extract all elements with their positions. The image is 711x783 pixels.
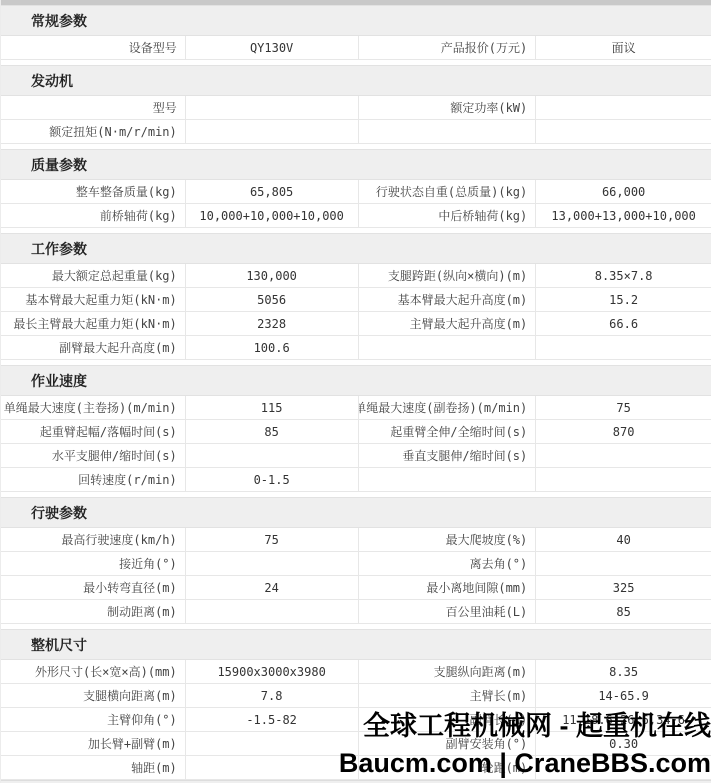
- section-title: 发动机: [1, 65, 711, 96]
- param-value: 870: [536, 420, 711, 443]
- param-value: 8.35×7.8: [536, 264, 711, 287]
- param-value: 85: [186, 420, 359, 443]
- param-value: [186, 96, 359, 119]
- param-value: 5056: [186, 288, 359, 311]
- section-title: 整机尺寸: [1, 629, 711, 660]
- param-label: 支腿纵向距离(m): [359, 660, 537, 683]
- param-label: [359, 120, 537, 143]
- section: 常规参数设备型号QY130V产品报价(万元)面议: [1, 5, 711, 60]
- table-row: 制动距离(m)百公里油耗(L)85: [1, 600, 711, 624]
- param-value: [186, 120, 359, 143]
- param-value: 75: [536, 396, 711, 419]
- param-label: 行驶状态自重(总质量)(kg): [359, 180, 537, 203]
- param-value: [536, 336, 711, 359]
- table-row: 基本臂最大起重力矩(kN·m)5056基本臂最大起升高度(m)15.2: [1, 288, 711, 312]
- param-value: 面议: [536, 36, 711, 59]
- param-label: 最大爬坡度(%): [359, 528, 537, 551]
- param-label: 支腿跨距(纵向×横向)(m): [359, 264, 537, 287]
- param-value: 115: [186, 396, 359, 419]
- param-value: 85: [536, 600, 711, 623]
- table-row: 型号额定功率(kW): [1, 96, 711, 120]
- param-label: 额定功率(kW): [359, 96, 537, 119]
- spec-table: 常规参数设备型号QY130V产品报价(万元)面议发动机型号额定功率(kW)额定扭…: [0, 0, 711, 783]
- table-row: 支腿横向距离(m)7.8主臂长(m)14-65.9: [1, 684, 711, 708]
- param-value: 0-1.5: [186, 468, 359, 491]
- table-row: 最高行驶速度(km/h)75最大爬坡度(%)40: [1, 528, 711, 552]
- table-row: 水平支腿伸/缩时间(s)垂直支腿伸/缩时间(s): [1, 444, 711, 468]
- param-label: 加长臂+副臂(m): [1, 732, 186, 755]
- param-value: 15.2: [536, 288, 711, 311]
- param-label: 制动距离(m): [1, 600, 186, 623]
- param-label: 轴距(m): [1, 756, 186, 779]
- param-value: 8.35: [536, 660, 711, 683]
- param-label: 起重臂起幅/落幅时间(s): [1, 420, 186, 443]
- param-label: 外形尺寸(长×宽×高)(mm): [1, 660, 186, 683]
- param-value: -1.5-82: [186, 708, 359, 731]
- param-label: 产品报价(万元): [359, 36, 537, 59]
- param-value: QY130V: [186, 36, 359, 59]
- param-value: [536, 96, 711, 119]
- param-label: 副臂安装角(°): [359, 732, 537, 755]
- param-value: [186, 444, 359, 467]
- param-value: 11,18.6,26.6,34.6: [536, 708, 711, 731]
- param-label: 百公里油耗(L): [359, 600, 537, 623]
- section-title: 行驶参数: [1, 497, 711, 528]
- param-label: 整车整备质量(kg): [1, 180, 186, 203]
- table-row: 加长臂+副臂(m)副臂安装角(°)0.30: [1, 732, 711, 756]
- param-value: 66,000: [536, 180, 711, 203]
- param-label: 副臂长(m): [359, 708, 537, 731]
- param-value: 15900x3000x3980: [186, 660, 359, 683]
- section-title: 工作参数: [1, 233, 711, 264]
- param-label: 垂直支腿伸/缩时间(s): [359, 444, 537, 467]
- table-row: 前桥轴荷(kg)10,000+10,000+10,000中后桥轴荷(kg)13,…: [1, 204, 711, 228]
- param-label: 轮距(m): [359, 756, 537, 779]
- param-label: 基本臂最大起升高度(m): [359, 288, 537, 311]
- param-label: 支腿横向距离(m): [1, 684, 186, 707]
- section-title: 常规参数: [1, 5, 711, 36]
- param-value: 10,000+10,000+10,000: [186, 204, 359, 227]
- param-label: 接近角(°): [1, 552, 186, 575]
- param-label: 主臂长(m): [359, 684, 537, 707]
- section: 质量参数整车整备质量(kg)65,805行驶状态自重(总质量)(kg)66,00…: [1, 149, 711, 228]
- param-value: 65,805: [186, 180, 359, 203]
- param-label: 单绳最大速度(副卷扬)(m/min): [359, 396, 537, 419]
- param-value: [186, 600, 359, 623]
- table-row: 主臂仰角(°)-1.5-82副臂长(m)11,18.6,26.6,34.6: [1, 708, 711, 732]
- param-label: 水平支腿伸/缩时间(s): [1, 444, 186, 467]
- param-value: [536, 552, 711, 575]
- spec-sections: 常规参数设备型号QY130V产品报价(万元)面议发动机型号额定功率(kW)额定扭…: [1, 5, 711, 780]
- param-label: 前桥轴荷(kg): [1, 204, 186, 227]
- param-label: 最大额定总起重量(kg): [1, 264, 186, 287]
- table-row: 单绳最大速度(主卷扬)(m/min)115单绳最大速度(副卷扬)(m/min)7…: [1, 396, 711, 420]
- section: 作业速度单绳最大速度(主卷扬)(m/min)115单绳最大速度(副卷扬)(m/m…: [1, 365, 711, 492]
- param-label: 副臂最大起升高度(m): [1, 336, 186, 359]
- param-label: 主臂仰角(°): [1, 708, 186, 731]
- param-value: 2328: [186, 312, 359, 335]
- param-label: 型号: [1, 96, 186, 119]
- param-label: 额定扭矩(N·m/r/min): [1, 120, 186, 143]
- param-label: 最长主臂最大起重力矩(kN·m): [1, 312, 186, 335]
- param-label: [359, 468, 537, 491]
- table-row: 轴距(m)轮距(m): [1, 756, 711, 780]
- param-value: 100.6: [186, 336, 359, 359]
- param-label: 主臂最大起升高度(m): [359, 312, 537, 335]
- param-value: 24: [186, 576, 359, 599]
- param-label: 起重臂全伸/全缩时间(s): [359, 420, 537, 443]
- section-title: 质量参数: [1, 149, 711, 180]
- table-row: 整车整备质量(kg)65,805行驶状态自重(总质量)(kg)66,000: [1, 180, 711, 204]
- param-value: [186, 756, 359, 779]
- param-label: 最高行驶速度(km/h): [1, 528, 186, 551]
- param-label: 离去角(°): [359, 552, 537, 575]
- param-value: 40: [536, 528, 711, 551]
- table-row: 副臂最大起升高度(m)100.6: [1, 336, 711, 360]
- section: 行驶参数最高行驶速度(km/h)75最大爬坡度(%)40接近角(°)离去角(°)…: [1, 497, 711, 624]
- param-value: [186, 732, 359, 755]
- table-row: 起重臂起幅/落幅时间(s)85起重臂全伸/全缩时间(s)870: [1, 420, 711, 444]
- param-value: 325: [536, 576, 711, 599]
- param-value: [186, 552, 359, 575]
- param-value: [536, 468, 711, 491]
- param-label: 单绳最大速度(主卷扬)(m/min): [1, 396, 186, 419]
- section: 工作参数最大额定总起重量(kg)130,000支腿跨距(纵向×横向)(m)8.3…: [1, 233, 711, 360]
- param-label: 最小离地间隙(mm): [359, 576, 537, 599]
- param-value: 13,000+13,000+10,000: [536, 204, 711, 227]
- param-label: 回转速度(r/min): [1, 468, 186, 491]
- param-label: 设备型号: [1, 36, 186, 59]
- param-value: [536, 444, 711, 467]
- table-row: 接近角(°)离去角(°): [1, 552, 711, 576]
- table-row: 额定扭矩(N·m/r/min): [1, 120, 711, 144]
- table-row: 最长主臂最大起重力矩(kN·m)2328主臂最大起升高度(m)66.6: [1, 312, 711, 336]
- section: 发动机型号额定功率(kW)额定扭矩(N·m/r/min): [1, 65, 711, 144]
- table-row: 设备型号QY130V产品报价(万元)面议: [1, 36, 711, 60]
- param-label: 中后桥轴荷(kg): [359, 204, 537, 227]
- param-label: 最小转弯直径(m): [1, 576, 186, 599]
- param-value: 0.30: [536, 732, 711, 755]
- param-value: 130,000: [186, 264, 359, 287]
- section: 整机尺寸外形尺寸(长×宽×高)(mm)15900x3000x3980支腿纵向距离…: [1, 629, 711, 780]
- param-value: 14-65.9: [536, 684, 711, 707]
- param-value: 66.6: [536, 312, 711, 335]
- param-value: 75: [186, 528, 359, 551]
- param-label: [359, 336, 537, 359]
- table-row: 最大额定总起重量(kg)130,000支腿跨距(纵向×横向)(m)8.35×7.…: [1, 264, 711, 288]
- table-row: 最小转弯直径(m)24最小离地间隙(mm)325: [1, 576, 711, 600]
- section-title: 作业速度: [1, 365, 711, 396]
- param-label: 基本臂最大起重力矩(kN·m): [1, 288, 186, 311]
- param-value: [536, 120, 711, 143]
- table-row: 外形尺寸(长×宽×高)(mm)15900x3000x3980支腿纵向距离(m)8…: [1, 660, 711, 684]
- param-value: [536, 756, 711, 779]
- param-value: 7.8: [186, 684, 359, 707]
- table-row: 回转速度(r/min)0-1.5: [1, 468, 711, 492]
